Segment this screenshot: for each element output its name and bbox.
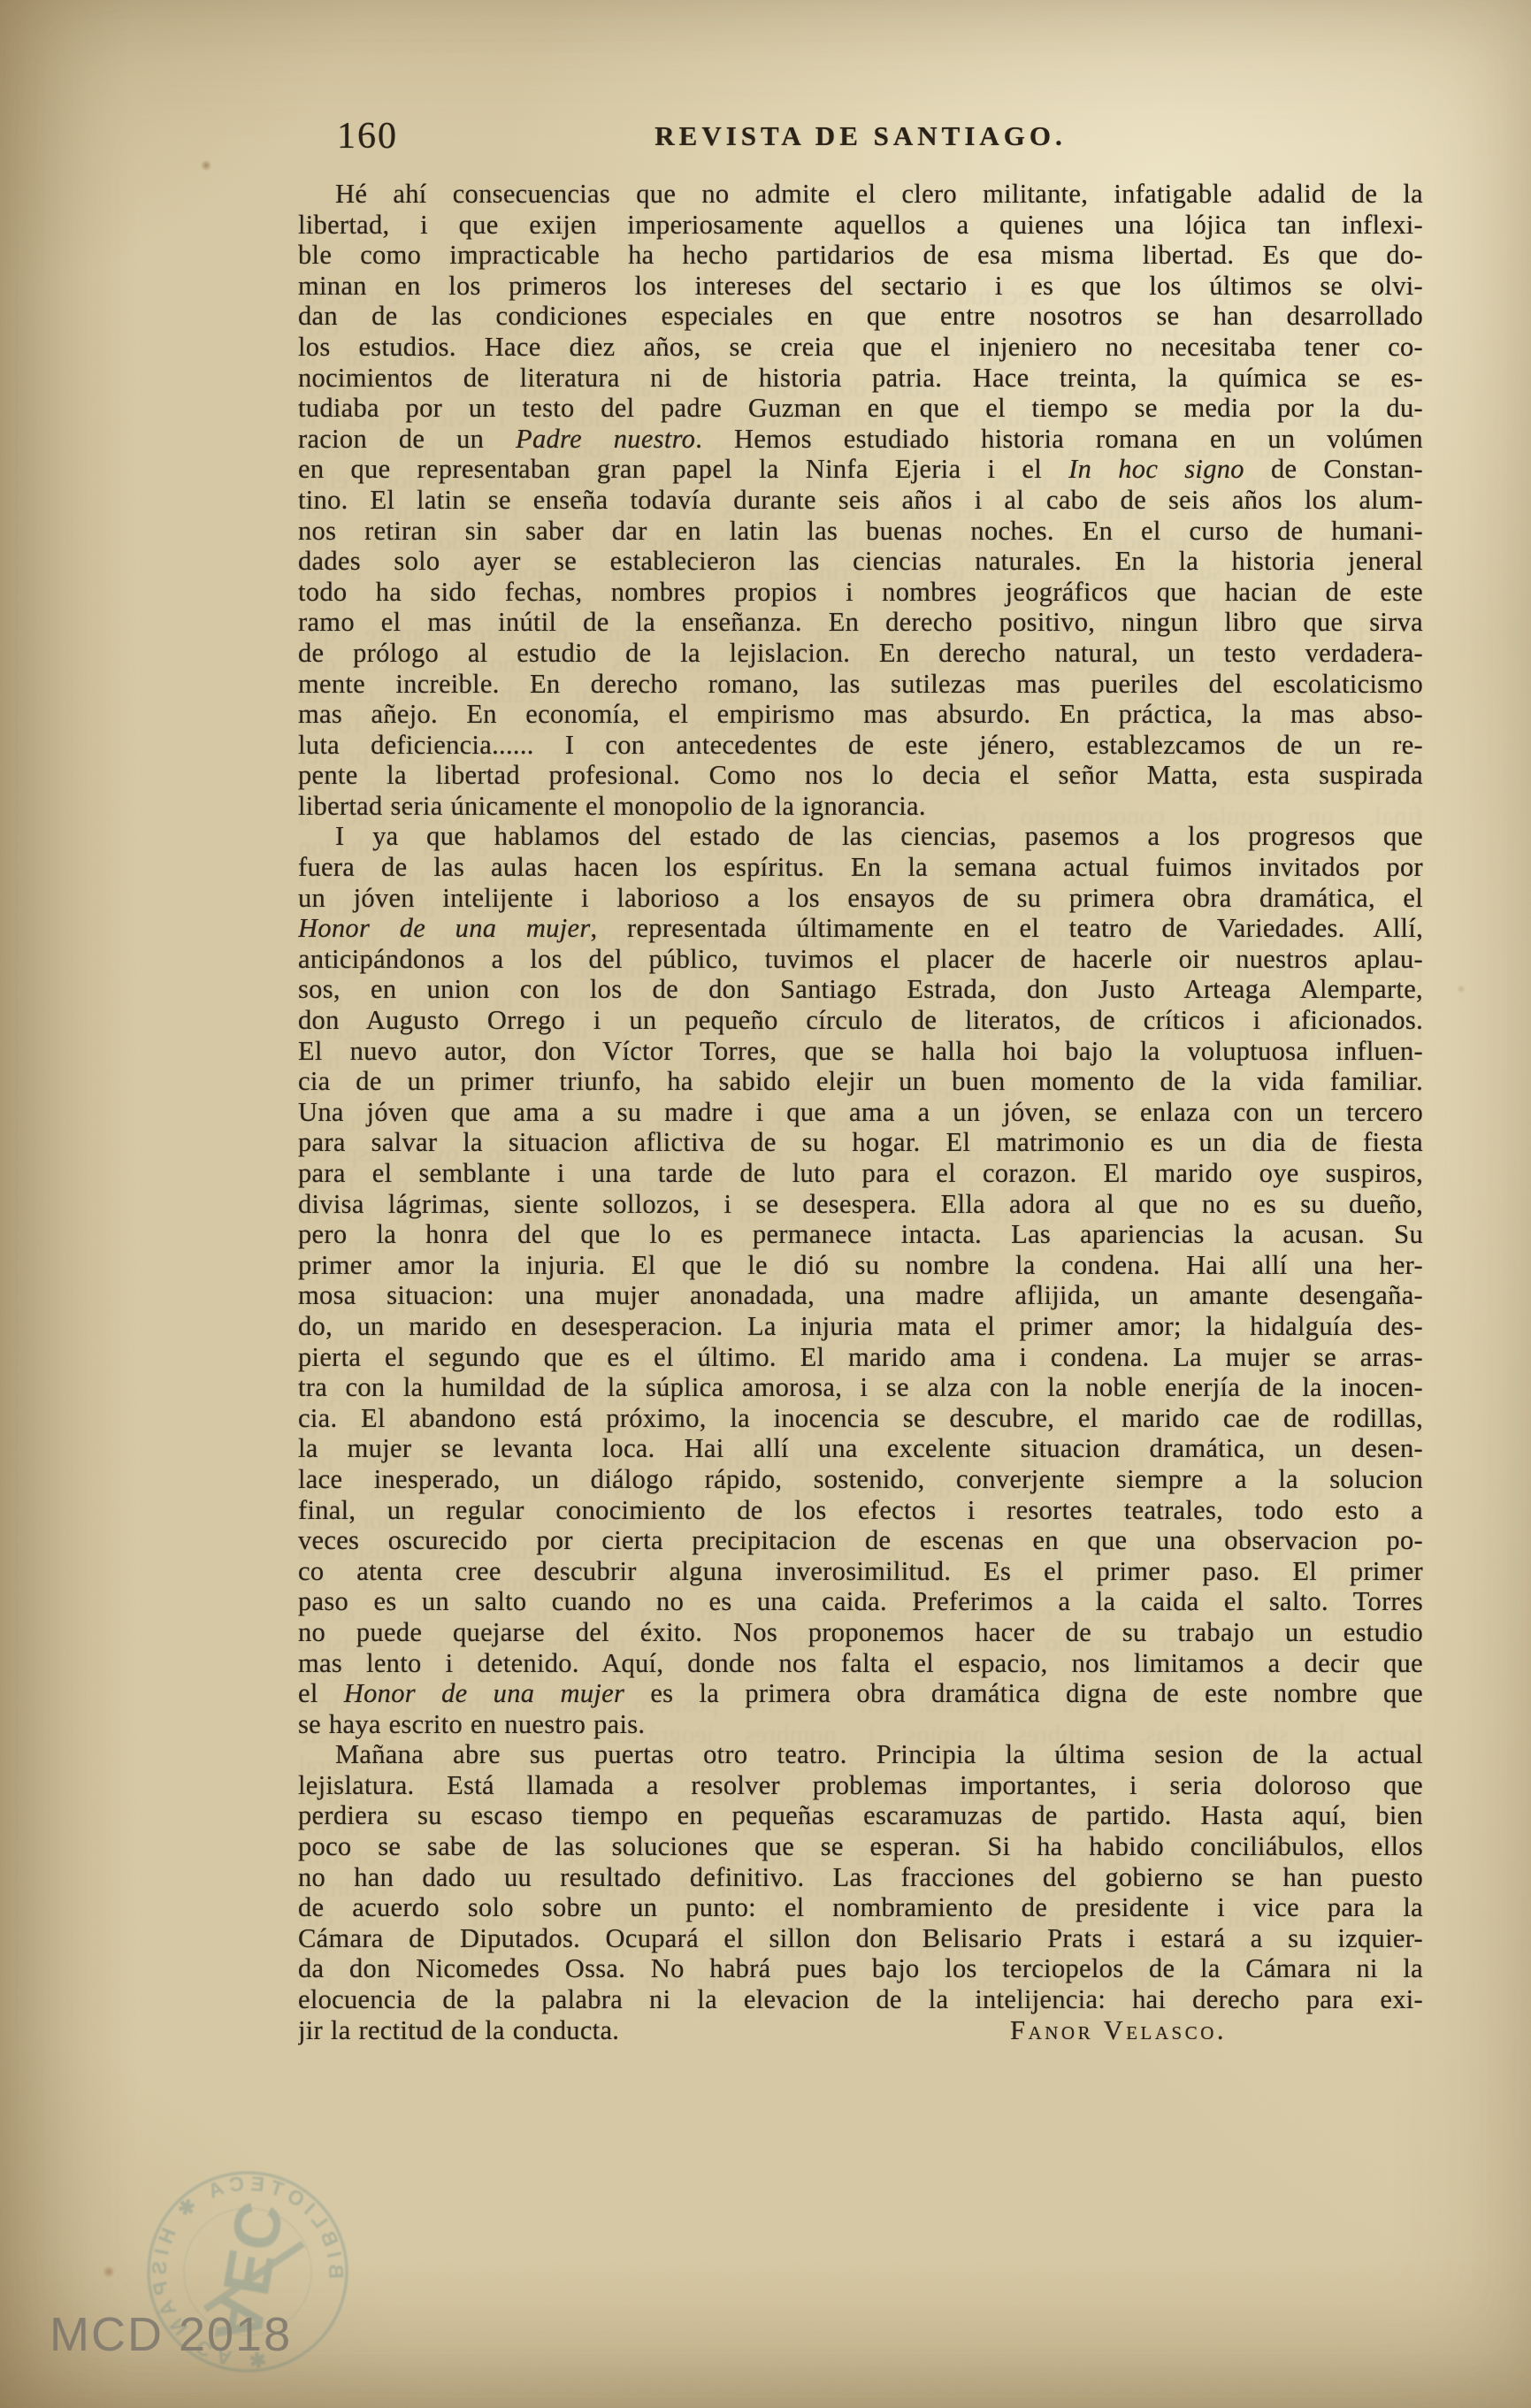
text-line: mente increible. En derecho romano, las … [298,669,1423,700]
text-line: El nuevo autor, don Víctor Torres, que s… [298,1036,1423,1067]
text-line: no han dado uu resultado definitivo. Las… [298,1862,1423,1893]
text-line: poco se sabe de las soluciones que se es… [298,1831,1423,1862]
text-line: un jóven intelijente i laborioso a los e… [298,883,1423,914]
digitization-watermark: MCD 2018 [50,2307,292,2362]
text-line: luta deficiencia...... I con antecedente… [298,730,1423,761]
text-line: en que representaban gran papel la Ninfa… [298,454,1423,485]
text-line: para salvar la situacion aflictiva de su… [298,1127,1423,1158]
article-text: Hé ahí consecuencias que no admite el cl… [298,179,1423,2045]
text-line: nos retiran sin saber dar en latin las b… [298,516,1423,547]
text-line: libertad seria únicamente el monopolio d… [298,791,1423,822]
text-line: mas añejo. En economía, el empirismo mas… [298,699,1423,730]
text-line: fuera de las aulas hacen los espíritus. … [298,852,1423,883]
text-line: don Augusto Orrego i un pequeño círculo … [298,1005,1423,1036]
text-line: Honor de una mujer, representada últimam… [298,913,1423,944]
text-line: minan en los primeros los intereses del … [298,271,1423,302]
text-line: Hé ahí consecuencias que no admite el cl… [298,179,1423,210]
text-line: no puede quejarse del éxito. Nos propone… [298,1617,1423,1648]
text-line: sos, en union con los de don Santiago Es… [298,974,1423,1005]
text-line: da don Nicomedes Ossa. No habrá pues baj… [298,1953,1423,1984]
italic-phrase: In hoc signo [1068,454,1244,484]
text-line: Una jóven que ama a su madre i que ama a… [298,1097,1423,1128]
text-line: lejislatura. Está llamada a resolver pro… [298,1770,1423,1801]
text-line: I ya que hablamos del estado de las cien… [298,821,1423,852]
text-line: cia de un primer triunfo, ha sabido elej… [298,1066,1423,1097]
text-line: los estudios. Hace diez años, se creia q… [298,332,1423,363]
text-line: ble como impracticable ha hecho partidar… [298,240,1423,271]
text-line: dades solo ayer se establecieron las cie… [298,546,1423,577]
scanned-book-page: jir la rectitud de la conducta.elocuenci… [0,0,1531,2408]
italic-phrase: Honor de una mujer [344,1678,624,1708]
text-line: perdiera su escaso tiempo en pequeñas es… [298,1800,1423,1831]
author-signature: Fanor Velasco. [1010,2015,1227,2046]
text-line: dan de las condiciones especiales en que… [298,301,1423,332]
text-line: racion de un Padre nuestro. Hemos estudi… [298,424,1423,455]
text-line: jir la rectitud de la conducta.Fanor Vel… [298,2015,1423,2046]
text-line: todo ha sido fechas, nombres propios i n… [298,577,1423,608]
italic-phrase: Honor de una mujer [298,913,591,943]
text-line: pierta el segundo que es el último. El m… [298,1342,1423,1373]
text-line: do, un marido en desesperacion. La injur… [298,1311,1423,1342]
text-line: mosa situacion: una mujer anonadada, una… [298,1280,1423,1311]
text-line: elocuencia de la palabra ni la elevacion… [298,1984,1423,2015]
text-line: cia. El abandono está próximo, la inocen… [298,1403,1423,1434]
text-line: para el semblante i una tarde de luto pa… [298,1158,1423,1189]
text-line: se haya escrito en nuestro pais. [298,1709,1423,1740]
text-line: tino. El latin se enseña todavía durante… [298,485,1423,516]
text-line: anticipándonos a los del público, tuvimo… [298,944,1423,975]
text-line: tra con la humildad de la súplica amoros… [298,1372,1423,1403]
text-line: Mañana abre sus puertas otro teatro. Pri… [298,1739,1423,1770]
text-line: paso es un salto cuando no es una caida.… [298,1586,1423,1617]
text-line: la mujer se levanta loca. Hai allí una e… [298,1433,1423,1464]
text-line: ramo el mas inútil de la enseñanza. En d… [298,607,1423,638]
text-line: mas lento i detenido. Aquí, donde nos fa… [298,1648,1423,1679]
text-line: pero la honra del que lo es permanece in… [298,1219,1423,1250]
text-line: co atenta cree descubrir alguna inverosi… [298,1556,1423,1587]
text-line: primer amor la injuria. El que le dió su… [298,1250,1423,1281]
italic-phrase: Padre nuestro [516,424,695,454]
text-line: lace inesperado, un diálogo rápido, sost… [298,1464,1423,1495]
journal-title: REVISTA DE SANTIAGO. [298,120,1423,152]
text-line: Cámara de Diputados. Ocupará el sillon d… [298,1923,1423,1954]
text-line: tudiaba por un testo del padre Guzman en… [298,393,1423,424]
text-line: de prólogo al estudio de la lejislacion.… [298,638,1423,669]
text-line: libertad, i que exijen imperiosamente aq… [298,210,1423,241]
text-line: pente la libertad profesional. Como nos … [298,760,1423,791]
text-line: divisa lágrimas, siente sollozos, i se d… [298,1189,1423,1220]
text-line: el Honor de una mujer es la primera obra… [298,1678,1423,1709]
text-line: de acuerdo solo sobre un punto: el nombr… [298,1892,1423,1923]
text-line: final, un regular conocimiento de los ef… [298,1495,1423,1526]
text-line: veces oscurecido por cierta precipitacio… [298,1525,1423,1556]
text-line: nocimientos de literatura ni de historia… [298,363,1423,394]
